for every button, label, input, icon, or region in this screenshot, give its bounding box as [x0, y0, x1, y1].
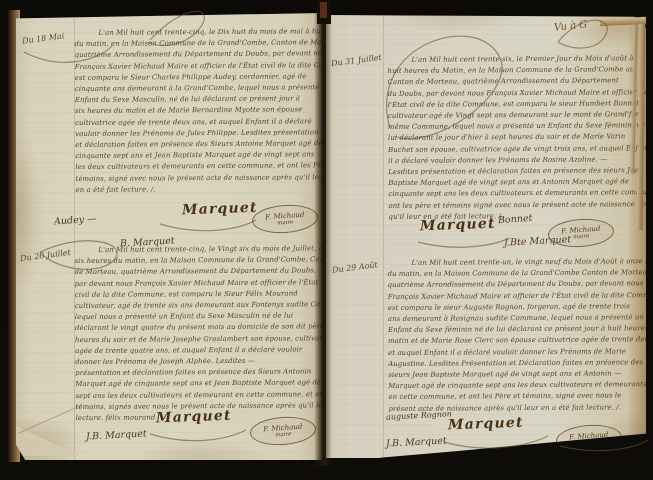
margin-note-date: Du 29 Août: [332, 260, 379, 275]
mayor-title: maire: [573, 233, 590, 240]
witness-signature-marquet: Marquet: [448, 415, 524, 434]
witness-signature-marquet: Marquet: [182, 200, 258, 219]
manuscript-line: témoins, signé avec nous le présent acte…: [75, 172, 353, 185]
margin-note-date: Du 18 Mai: [22, 31, 65, 45]
mayor-title: maire: [581, 439, 598, 446]
left-page: Du 18 Mai L'an Mil huit cent trente-cinq…: [16, 13, 322, 460]
father-signature: Bonnet: [498, 213, 533, 226]
birth-record-entry: L'an Mil huit cent trente-six, le Premie…: [387, 53, 653, 223]
witness-signature-jb-marquet: J.B. Marquet: [386, 435, 447, 449]
book-gutter-shadow: [314, 10, 332, 466]
birth-record-entry: L'an Mil huit cent trente-un, le vingt n…: [387, 256, 653, 415]
binding-ribbon: [320, 2, 327, 18]
manuscript-line: ont les père et témoins signé avec nous …: [388, 199, 653, 212]
manuscript-line: Buchet son épouse, cultivatrice agée de …: [388, 143, 653, 156]
mayor-title: maire: [277, 219, 294, 226]
register-scan: Du 18 Mai L'an Mil huit cent trente-cinq…: [0, 0, 653, 480]
margin-note-date: Du 26 Juillet: [20, 248, 72, 263]
witness-signature-jb-marquet: J.B. Marquet: [86, 428, 147, 442]
corner-paraph: Vu à G: [554, 19, 588, 33]
mayor-name: F. Michaud: [569, 431, 609, 442]
mayor-signature-oval: F. Michaud maire: [251, 203, 319, 236]
manuscript-line: François Xavier Michaud Maire et officie…: [75, 60, 353, 73]
father-signature: Audey —: [54, 214, 97, 228]
margin-note-date: Du 31 Juillet: [331, 53, 383, 68]
mayor-title: maire: [275, 431, 292, 438]
manuscript-line: en a été fait lecture. /.: [76, 183, 354, 196]
right-page: Vu à G Du 31 Juillet L'an Mil huit cent …: [326, 15, 646, 458]
margin-rule: [383, 15, 384, 458]
witness-signature-marquet: Marquet: [156, 408, 232, 427]
birth-record-entry: L'an Mil huit cent trente-cinq, le Dix h…: [74, 26, 354, 196]
mayor-signature-oval: F. Michaud maire: [555, 423, 623, 456]
witness-signature-marquet: Marquet: [420, 216, 496, 235]
